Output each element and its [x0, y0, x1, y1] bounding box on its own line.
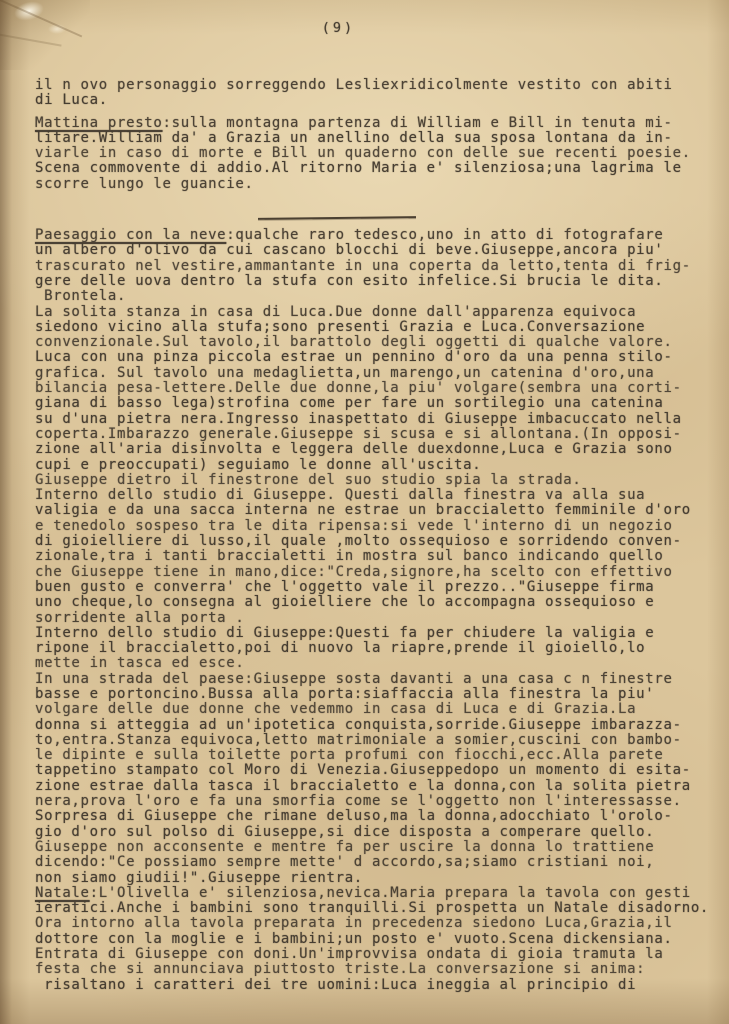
text-line: volgare delle due donne che vedemmo in c…	[35, 702, 705, 717]
text-line: coperta.Imbarazzo generale.Giuseppe si s…	[35, 427, 705, 442]
text-line: che Giuseppe tiene in mano,dice:"Creda,s…	[35, 565, 705, 580]
text-line: Scena commovente di addio.Al ritorno Mar…	[35, 161, 705, 176]
text-line: Giuseppe non acconsente e mentre fa per …	[35, 840, 705, 855]
text-line: scorre lungo le guancie.	[35, 177, 705, 192]
text-line: un albero d'olivo da cui cascano blocchi…	[35, 243, 705, 258]
text-line: uno cheque,lo consegna al gioielliere ch…	[35, 595, 705, 610]
text-line: dicendo:"Ce possiamo sempre mette' d acc…	[35, 855, 705, 870]
text-line: mette in tasca ed esce.	[35, 656, 705, 671]
text-line: Paesaggio con la neve:qualche raro tedes…	[35, 228, 705, 243]
page-content: il n ovo personaggio sorreggendo Lesliex…	[35, 78, 705, 993]
text-line: zionale,tra i tanti braccialetti in most…	[35, 549, 705, 564]
text-line: gio d'oro sul polso di Giuseppe,si dice …	[35, 825, 705, 840]
text-line: Brontela.	[35, 289, 705, 304]
text-line: La solita stanza in casa di Luca.Due don…	[35, 305, 705, 320]
text-line: di Luca.	[35, 93, 705, 108]
text-line: In una strada del paese:Giuseppe sosta d…	[35, 672, 705, 687]
text-line: Interno dello studio di Giuseppe. Questi…	[35, 488, 705, 503]
text-line: le dipinte e sulla toilette porta profum…	[35, 748, 705, 763]
text-line: grafica. Sul tavolo una medaglietta,un m…	[35, 366, 705, 381]
text-line: nera,prova l'oro e fa una smorfia come s…	[35, 794, 705, 809]
paragraph: La solita stanza in casa di Luca.Due don…	[35, 305, 705, 886]
text-line: risaltano i caratteri dei tre uomini:Luc…	[35, 978, 705, 993]
text-line: viarle in caso di morte e Bill un quader…	[35, 146, 705, 161]
text-line: gere delle uova dentro la stufa con esit…	[35, 274, 705, 289]
text-line: Interno dello studio di Giuseppe:Questi …	[35, 626, 705, 641]
underlined-heading: Paesaggio con la neve	[35, 227, 226, 243]
underlined-heading: Mattina presto	[35, 115, 163, 131]
text-line: donna si atteggia ad un'ipotetica conqui…	[35, 718, 705, 733]
page-number: (9)	[0, 20, 703, 36]
paragraph: il n ovo personaggio sorreggendo Lesliex…	[35, 78, 705, 109]
text-line: zione all'aria disinvolta e leggera dell…	[35, 442, 705, 457]
text-line: festa che si annunciava piuttosto triste…	[35, 962, 705, 977]
text-line: bilancia pesa-lettere.Delle due donne,la…	[35, 381, 705, 396]
text-line: litare.William da' a Grazia un anellino …	[35, 131, 705, 146]
text-line: Giuseppe dietro il finestrone del suo st…	[35, 473, 705, 488]
text-line: buen gusto e converra' che l'oggetto val…	[35, 580, 705, 595]
section-divider	[258, 216, 416, 220]
text-line: basse e portoncino.Bussa alla porta:siaf…	[35, 687, 705, 702]
text-line: su d'una pietra nera.Ingresso inaspettat…	[35, 412, 705, 427]
text-line: trascurato nel vestire,ammantante in una…	[35, 259, 705, 274]
text-line: non siamo giudii!".Giuseppe rientra.	[35, 871, 705, 886]
underlined-heading: Natale	[35, 885, 90, 901]
text-line: Luca con una pinza piccola estrae un pen…	[35, 350, 705, 365]
text-line: Natale:L'Olivella e' silenziosa,nevica.M…	[35, 886, 705, 901]
text-line: convenzionale.Sul tavolo,il barattolo de…	[35, 335, 705, 350]
text-line: Sorpresa di Giuseppe che rimane deluso,m…	[35, 809, 705, 824]
paragraph: Mattina presto:sulla montagna partenza d…	[35, 116, 705, 192]
typewritten-document-page: (9) il n ovo personaggio sorreggendo Les…	[0, 0, 729, 1024]
text-line: tappetino stampato col Moro di Venezia.G…	[35, 763, 705, 778]
text-line: Mattina presto:sulla montagna partenza d…	[35, 116, 705, 131]
text-line: giana di basso lega)strofina come per fa…	[35, 396, 705, 411]
text-line: valigia e da una sacca interna ne estrae…	[35, 503, 705, 518]
text-line: siedono vicino alla stufa;sono presenti …	[35, 320, 705, 335]
text-line: zione estrae dalla tasca il braccialetto…	[35, 779, 705, 794]
text-line: sorridente alla porta .	[35, 611, 705, 626]
text-line: cupi e preoccupati) seguiamo le donne al…	[35, 458, 705, 473]
text-line: dottore con la moglie e i bambini;un pos…	[35, 932, 705, 947]
text-line: il n ovo personaggio sorreggendo Lesliex…	[35, 78, 705, 93]
text-line: Ora intorno alla tavola preparata in pre…	[35, 916, 705, 931]
paragraph: Natale:L'Olivella e' silenziosa,nevica.M…	[35, 886, 705, 993]
paragraph: Paesaggio con la neve:qualche raro tedes…	[35, 228, 705, 304]
text-line: e tenedolo sospeso tra le dita ripensa:s…	[35, 519, 705, 534]
text-line: to,entra.Stanza equivoca,letto matrimoni…	[35, 733, 705, 748]
